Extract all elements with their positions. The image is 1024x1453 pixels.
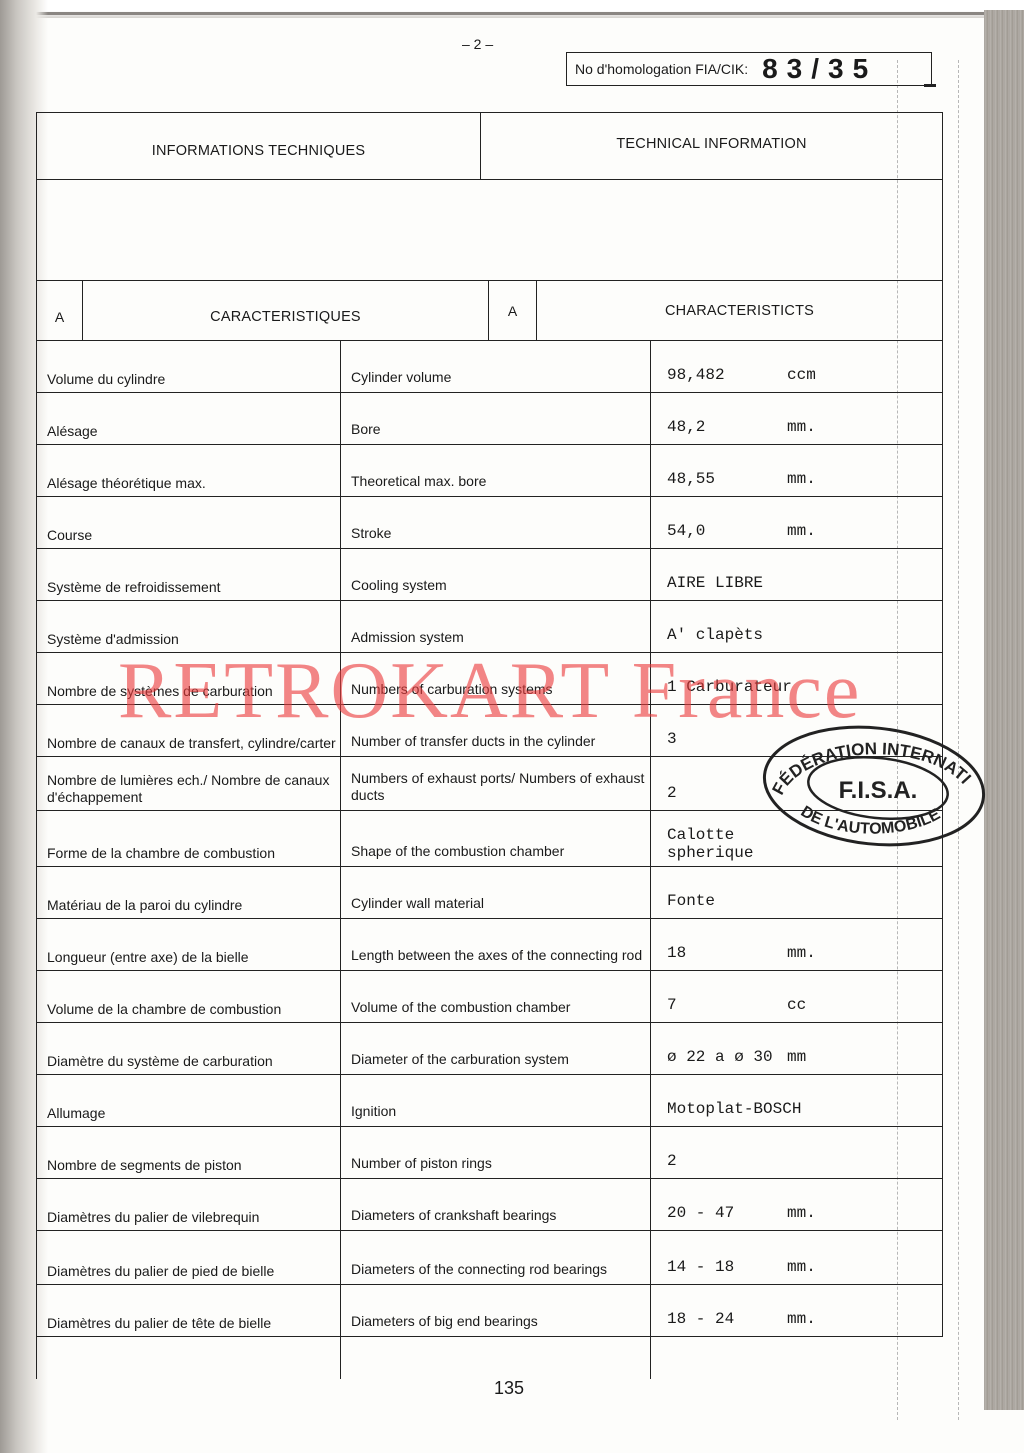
unit: mm. [787,418,816,444]
value: 3 [667,730,787,756]
technical-form: INFORMATIONS TECHNIQUES TECHNICAL INFORM… [36,112,943,1379]
value-cell: AIRE LIBRE [651,549,943,600]
table-row: Matériau de la paroi du cylindreCylinder… [37,867,943,919]
unit: mm [787,1048,806,1074]
value: 54,0 [667,522,787,548]
label-fr: Matériau de la paroi du cylindre [37,867,341,918]
value: 18 - 24 [667,1310,787,1336]
unit: mm. [787,944,816,970]
homologation-box: No d'homologation FIA/CIK: 83/35 [566,52,932,86]
label-fr: Diamètre du système de carburation [37,1023,341,1074]
value: 2 [667,784,787,810]
label-en: Number of piston rings [341,1127,651,1178]
section-letter-en: A [489,281,537,340]
value: Fonte [667,892,787,918]
value: 2 [667,1152,787,1178]
form-header-row: INFORMATIONS TECHNIQUES TECHNICAL INFORM… [37,112,943,180]
label-en: Length between the axes of the connectin… [341,919,651,970]
table-row: Forme de la chambre de combustionShape o… [37,811,943,867]
table-row: Système de refroidissementCooling system… [37,549,943,601]
page-number-bottom: 135 [494,1378,524,1399]
value: 18 [667,944,787,970]
header-fr: INFORMATIONS TECHNIQUES [37,113,481,179]
value-cell: 48,2mm. [651,393,943,444]
value: 48,55 [667,470,787,496]
table-row: Nombre de lumières ech./ Nombre de canau… [37,757,943,811]
label-fr: Volume de la chambre de combustion [37,971,341,1022]
label-en: Diameters of crankshaft bearings [341,1179,651,1230]
value-cell: 14 - 18mm. [651,1231,943,1284]
value-cell: 2 [651,757,943,810]
value-cell: 7cc [651,971,943,1022]
label-en: Bore [341,393,651,444]
label-fr: Longueur (entre axe) de la bielle [37,919,341,970]
characteristics-table: Volume du cylindreCylinder volume98,482c… [37,341,943,1337]
section-title-fr: CARACTERISTIQUES [83,281,489,340]
unit: cc [787,996,806,1022]
label-fr: Diamètres du palier de tête de bielle [37,1285,341,1336]
label-fr: Nombre de lumières ech./ Nombre de canau… [37,757,341,810]
value-cell: 2 [651,1127,943,1178]
table-row: Diamètres du palier de vilebrequinDiamet… [37,1179,943,1231]
value-cell: 1 Carburateur [651,653,943,704]
table-row: Nombre de canaux de transfert, cylindre/… [37,705,943,757]
unit: mm. [787,1310,816,1336]
unit: ccm [787,366,816,392]
table-row: Volume du cylindreCylinder volume98,482c… [37,341,943,393]
unit: mm. [787,522,816,548]
value: ø 22 a ø 30 [667,1048,787,1074]
label-fr: Diamètres du palier de pied de bielle [37,1231,341,1284]
label-en: Cylinder volume [341,341,651,392]
value-cell: 18 - 24mm. [651,1285,943,1336]
page-number-top: – 2 – [462,36,493,52]
label-fr: Alésage théorétique max. [37,445,341,496]
value-cell: ø 22 a ø 30mm [651,1023,943,1074]
value: Motoplat-BOSCH [667,1100,801,1126]
table-row: Volume de la chambre de combustionVolume… [37,971,943,1023]
blank-row [37,180,943,281]
table-row: Diamètre du système de carburationDiamet… [37,1023,943,1075]
scan-top-line [0,12,1000,15]
value-cell: 54,0mm. [651,497,943,548]
label-en: Theoretical max. bore [341,445,651,496]
label-en: Numbers of exhaust ports/ Numbers of exh… [341,757,651,810]
label-fr: Allumage [37,1075,341,1126]
label-en: Numbers of carburation systems [341,653,651,704]
table-row: Diamètres du palier de pied de bielleDia… [37,1231,943,1285]
homologation-tick [924,84,936,87]
label-en: Stroke [341,497,651,548]
value: 14 - 18 [667,1258,787,1284]
table-row: AllumageIgnitionMotoplat-BOSCH [37,1075,943,1127]
label-en: Number of transfer ducts in the cylinder [341,705,651,756]
table-row: AlésageBore48,2mm. [37,393,943,445]
fold-line [958,60,959,1420]
value-cell: 3 [651,705,943,756]
value: A' clapèts [667,626,787,652]
value: 20 - 47 [667,1204,787,1230]
unit: mm. [787,470,816,496]
value-line-2: spherique [667,844,787,862]
label-en: Volume of the combustion chamber [341,971,651,1022]
label-fr: Nombre de canaux de transfert, cylindre/… [37,705,341,756]
table-row: Système d'admissionAdmission systemA' cl… [37,601,943,653]
label-en: Cooling system [341,549,651,600]
value-cell: A' clapèts [651,601,943,652]
label-fr: Forme de la chambre de combustion [37,811,341,866]
value-cell: 18mm. [651,919,943,970]
table-row: Longueur (entre axe) de la bielleLength … [37,919,943,971]
label-en: Diameters of the connecting rod bearings [341,1231,651,1284]
table-row: CourseStroke54,0mm. [37,497,943,549]
label-fr: Volume du cylindre [37,341,341,392]
value: Calotte [667,826,787,844]
label-en: Admission system [341,601,651,652]
unit: mm. [787,1204,816,1230]
value: 98,482 [667,366,787,392]
table-row: Diamètres du palier de tête de bielleDia… [37,1285,943,1337]
value: 7 [667,996,787,1022]
section-title-en: CHARACTERISTICTS [537,281,943,340]
label-en: Diameter of the carburation system [341,1023,651,1074]
label-fr: Nombre de segments de piston [37,1127,341,1178]
label-fr: Nombre de systèmes de carburation [37,653,341,704]
label-en: Ignition [341,1075,651,1126]
value: AIRE LIBRE [667,574,787,600]
value-cell: Calottespherique [651,811,943,866]
table-row: Alésage théorétique max.Theoretical max.… [37,445,943,497]
value: 1 Carburateur [667,678,792,704]
label-en: Cylinder wall material [341,867,651,918]
label-en: Diameters of big end bearings [341,1285,651,1336]
value: 48,2 [667,418,787,444]
value-cell: 98,482ccm [651,341,943,392]
value-cell: Motoplat-BOSCH [651,1075,943,1126]
unit: mm. [787,1258,816,1284]
value-cell: 48,55mm. [651,445,943,496]
scan-top-edge [0,0,1024,18]
label-fr: Système d'admission [37,601,341,652]
scan-right-edge [984,10,1024,1410]
section-header-row: A CARACTERISTIQUES A CHARACTERISTICTS [37,281,943,341]
table-row: Nombre de segments de pistonNumber of pi… [37,1127,943,1179]
label-fr: Alésage [37,393,341,444]
label-en: Shape of the combustion chamber [341,811,651,866]
label-fr: Course [37,497,341,548]
homologation-label: No d'homologation FIA/CIK: [575,61,748,77]
table-row: Nombre de systèmes de carburationNumbers… [37,653,943,705]
value-cell: Fonte [651,867,943,918]
label-fr: Diamètres du palier de vilebrequin [37,1179,341,1230]
label-fr: Système de refroidissement [37,549,341,600]
header-en: TECHNICAL INFORMATION [481,113,943,179]
value-cell: 20 - 47mm. [651,1179,943,1230]
table-tail [37,1337,943,1379]
homologation-number: 83/35 [762,53,877,85]
section-letter-fr: A [37,281,83,340]
